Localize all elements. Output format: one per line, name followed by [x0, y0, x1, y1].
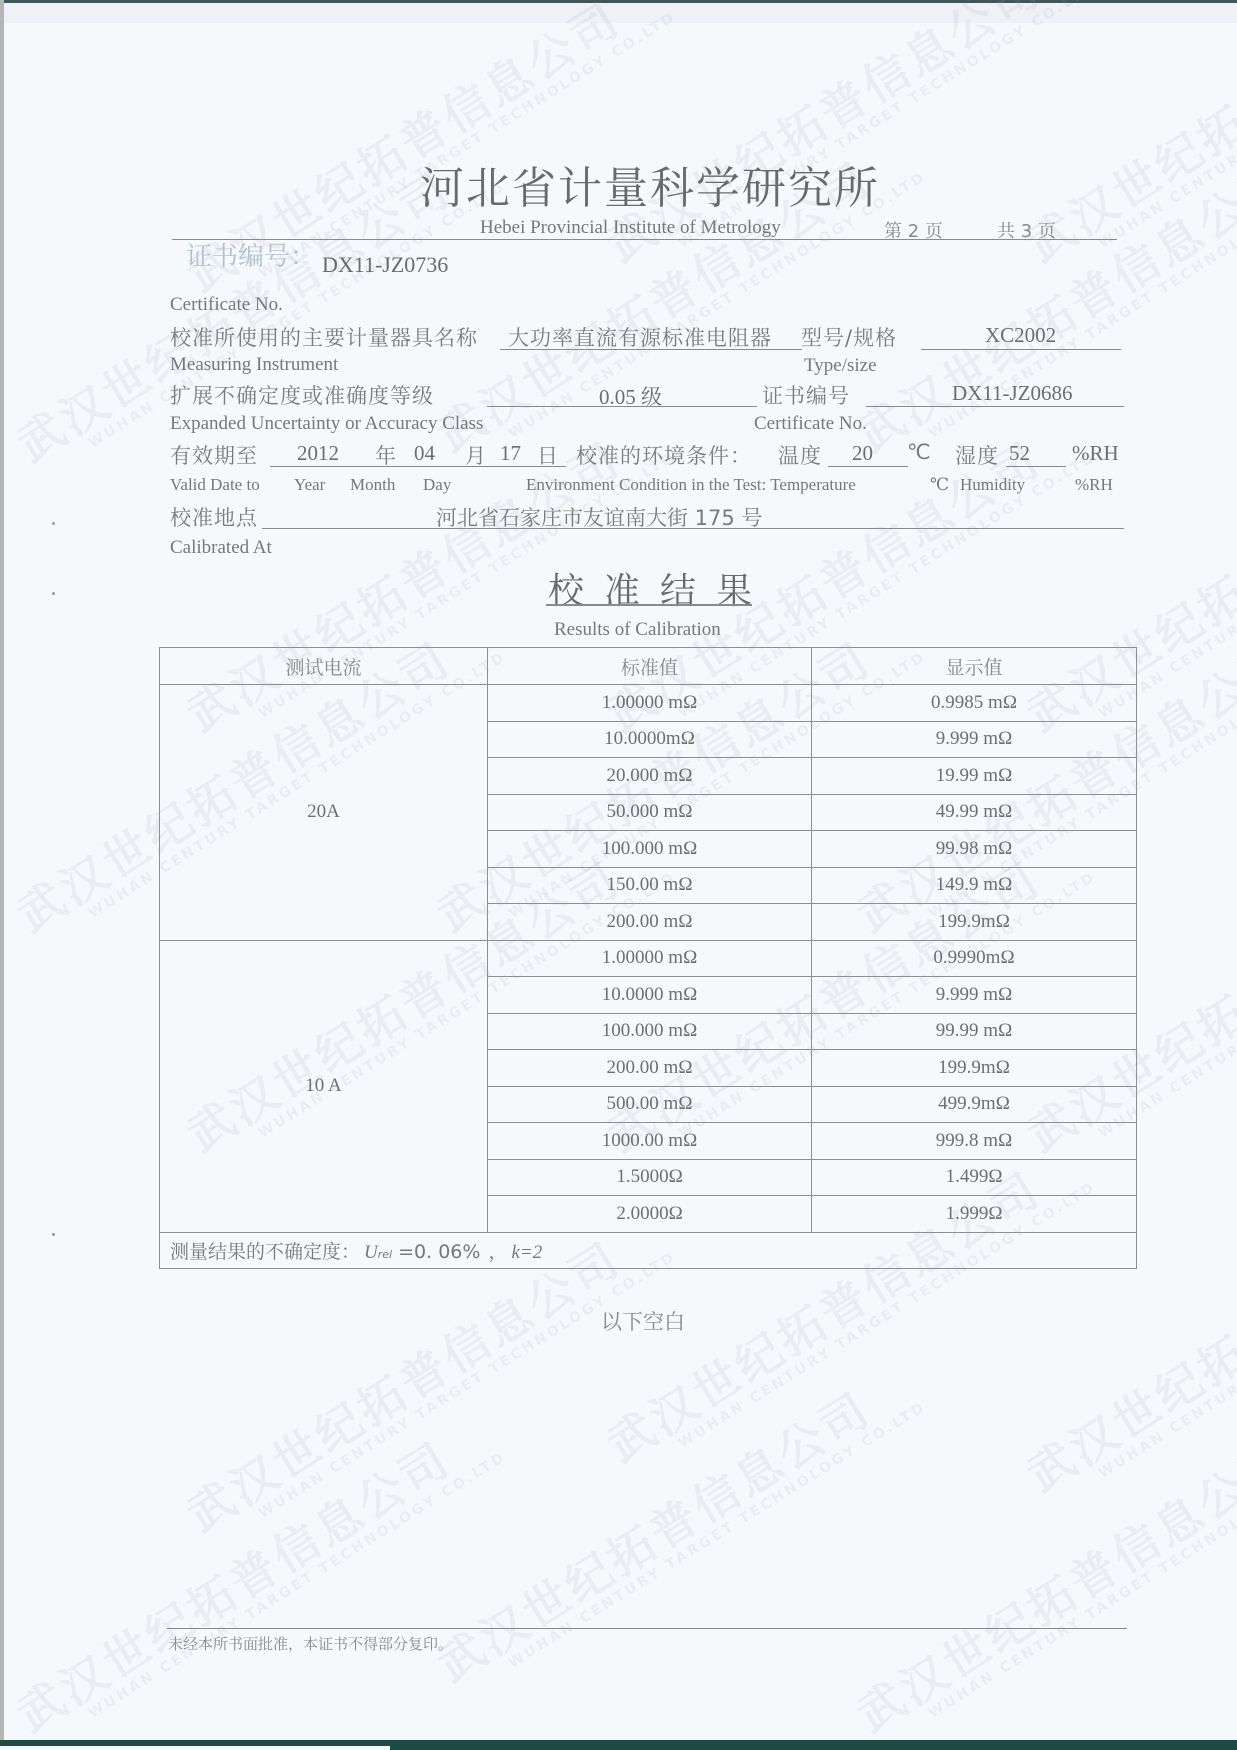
valid-day: 17	[500, 441, 521, 466]
valid-date-label-cn: 有效期至	[170, 440, 258, 470]
uncertainty-cell: 测量结果的不确定度：Urel=0. 06%，k=2	[160, 1232, 1137, 1269]
standard-value-cell: 1000.00 mΩ	[488, 1123, 812, 1160]
valid-year: 2012	[297, 441, 339, 466]
display-value-cell: 9.999 mΩ	[812, 977, 1137, 1014]
valid-year-en: Year	[294, 475, 325, 495]
temperature-value: 20	[852, 441, 873, 466]
reference-cert-label-en: Certificate No.	[754, 413, 867, 435]
display-value-cell: 0.9990mΩ	[812, 940, 1137, 977]
column-header-standard-value: 标准值	[488, 648, 812, 685]
display-value-cell: 0.9985 mΩ	[812, 685, 1137, 722]
location-label-en: Calibrated At	[170, 537, 272, 559]
type-size-label-cn: 型号/规格	[801, 322, 897, 352]
reference-cert-underline	[866, 406, 1124, 407]
certificate-number-label-en: Certificate No.	[170, 294, 283, 316]
footer-rule	[167, 1628, 1127, 1629]
valid-month: 04	[414, 441, 435, 466]
humidity-label-cn: 湿度	[955, 440, 999, 470]
valid-month-en: Month	[350, 475, 395, 495]
humidity-unit-en: %RH	[1075, 475, 1113, 495]
instrument-name-underline	[500, 349, 802, 350]
humidity-underline	[1006, 466, 1066, 467]
column-header-display-value: 显示值	[812, 648, 1137, 685]
table-row: 10 A1.00000 mΩ0.9990mΩ	[160, 940, 1137, 977]
environment-label-cn: 校准的环境条件：	[576, 440, 752, 470]
temperature-underline	[828, 466, 908, 467]
display-value-cell: 149.9 mΩ	[812, 867, 1137, 904]
standard-value-cell: 20.000 mΩ	[488, 758, 812, 795]
instrument-label-en: Measuring Instrument	[170, 354, 338, 376]
environment-label-en: Environment Condition in the Test: Tempe…	[526, 475, 856, 495]
valid-date-label-en: Valid Date to	[170, 475, 260, 495]
footer-copy-restriction: 未经本所书面批准，本证书不得部分复印。	[168, 1633, 453, 1654]
certificate-number-value: DX11-JZ0736	[322, 252, 448, 278]
calibration-results-table: 测试电流 标准值 显示值 20A1.00000 mΩ0.9985 mΩ10.00…	[159, 647, 1137, 1269]
results-title-cn: 校准结果	[548, 563, 772, 614]
column-header-test-current: 测试电流	[160, 648, 488, 685]
display-value-cell: 199.9mΩ	[812, 904, 1137, 941]
standard-value-cell: 200.00 mΩ	[488, 904, 812, 941]
location-label-cn: 校准地点	[170, 502, 258, 532]
humidity-label-en: Humidity	[960, 475, 1025, 495]
instrument-label-cn: 校准所使用的主要计量器具名称	[170, 322, 478, 352]
results-title-underline	[546, 604, 752, 606]
display-value-cell: 19.99 mΩ	[812, 758, 1137, 795]
standard-value-cell: 50.000 mΩ	[488, 794, 812, 831]
temperature-label-cn: 温度	[778, 440, 822, 470]
standard-value-cell: 10.0000mΩ	[488, 721, 812, 758]
instrument-name: 大功率直流有源标准电阻器	[508, 322, 772, 352]
type-size-underline	[921, 349, 1121, 350]
display-value-cell: 1.499Ω	[812, 1159, 1137, 1196]
display-value-cell: 999.8 mΩ	[812, 1123, 1137, 1160]
standard-value-cell: 10.0000 mΩ	[488, 977, 812, 1014]
scan-speck	[52, 1233, 55, 1236]
standard-value-cell: 150.00 mΩ	[488, 867, 812, 904]
table-header-row: 测试电流 标准值 显示值	[160, 648, 1137, 685]
reference-cert-label-cn: 证书编号	[762, 380, 850, 410]
watermark: 武汉世纪拓普信息公司WUHAN CENTURY TARGET TECHNOLOG…	[850, 129, 1237, 473]
certificate-number-label: 证书编号：	[186, 236, 316, 273]
uncertainty-row: 测量结果的不确定度：Urel=0. 06%，k=2	[160, 1232, 1137, 1269]
display-value-cell: 199.9mΩ	[812, 1050, 1137, 1087]
type-size-value: XC2002	[985, 323, 1056, 348]
uncertainty-value: =0. 06%	[398, 1241, 480, 1263]
institute-title-en: Hebei Provincial Institute of Metrology	[480, 217, 781, 239]
blank-below-note: 以下空白	[601, 1306, 685, 1336]
coverage-factor: k=2	[511, 1242, 542, 1263]
watermark: 武汉世纪拓普信息公司WUHAN CENTURY TARGET TECHNOLOG…	[850, 1409, 1237, 1750]
standard-value-cell: 200.00 mΩ	[488, 1050, 812, 1087]
institute-title-cn: 河北省计量科学研究所	[420, 152, 880, 216]
temperature-unit: ℃	[907, 440, 932, 464]
humidity-value: 52	[1009, 441, 1030, 466]
standard-value-cell: 500.00 mΩ	[488, 1086, 812, 1123]
valid-day-en: Day	[423, 475, 451, 495]
display-value-cell: 499.9mΩ	[812, 1086, 1137, 1123]
display-value-cell: 1.999Ω	[812, 1196, 1137, 1233]
uncertainty-label: 测量结果的不确定度：	[170, 1241, 360, 1263]
temperature-unit-en: ℃	[930, 475, 949, 495]
standard-value-cell: 1.00000 mΩ	[488, 940, 812, 977]
reference-cert-value: DX11-JZ0686	[952, 381, 1073, 406]
humidity-unit: %RH	[1072, 441, 1119, 466]
test-current-cell: 10 A	[160, 940, 488, 1232]
display-value-cell: 99.99 mΩ	[812, 1013, 1137, 1050]
scan-bottom-edge	[0, 1740, 1237, 1750]
standard-value-cell: 100.000 mΩ	[488, 831, 812, 868]
display-value-cell: 49.99 mΩ	[812, 794, 1137, 831]
accuracy-label-cn: 扩展不确定度或准确度等级	[170, 380, 434, 410]
accuracy-underline	[487, 406, 757, 407]
scan-speck	[52, 522, 55, 525]
type-size-label-en: Type/size	[804, 355, 877, 377]
scan-left-edge	[0, 0, 4, 1750]
watermark: 武汉世纪拓普信息公司WUHAN CENTURY TARGET TECHNOLOG…	[10, 1409, 509, 1750]
results-title-en: Results of Calibration	[554, 619, 721, 641]
standard-value-cell: 1.00000 mΩ	[488, 685, 812, 722]
standard-value-cell: 100.000 mΩ	[488, 1013, 812, 1050]
uncertainty-subscript: rel	[378, 1248, 392, 1261]
valid-date-underline	[270, 466, 566, 467]
uncertainty-separator: ，	[488, 1241, 507, 1263]
table-row: 20A1.00000 mΩ0.9985 mΩ	[160, 685, 1137, 722]
standard-value-cell: 2.0000Ω	[488, 1196, 812, 1233]
test-current-cell: 20A	[160, 685, 488, 941]
standard-value-cell: 1.5000Ω	[488, 1159, 812, 1196]
scan-top-shade	[0, 3, 1237, 23]
accuracy-label-en: Expanded Uncertainty or Accuracy Class	[170, 413, 483, 435]
display-value-cell: 9.999 mΩ	[812, 721, 1137, 758]
uncertainty-symbol: U	[364, 1242, 378, 1263]
scan-speck	[52, 592, 55, 595]
watermark: 武汉世纪拓普信息公司WUHAN CENTURY TARGET TECHNOLOG…	[430, 1359, 929, 1703]
location-underline	[262, 528, 1124, 529]
display-value-cell: 99.98 mΩ	[812, 831, 1137, 868]
